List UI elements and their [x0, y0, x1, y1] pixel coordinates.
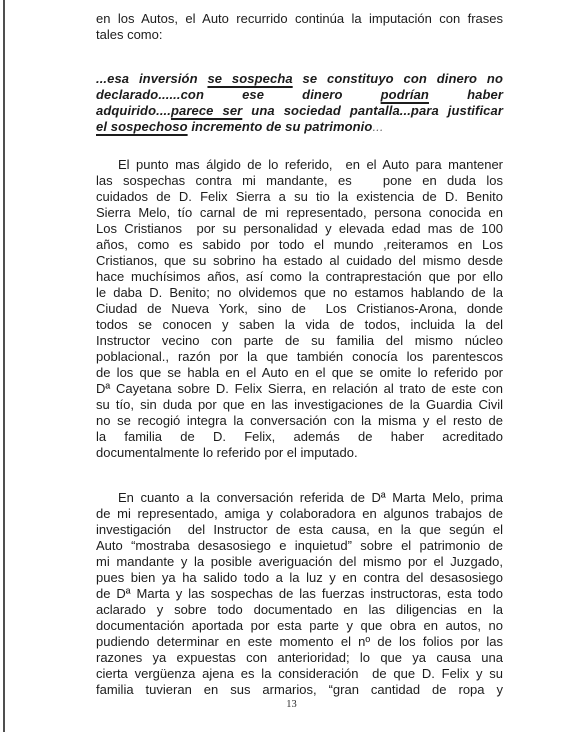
text-segment: cierta vergüenza ajena es la consideraci… — [96, 666, 503, 681]
text-segment: documentalmente lo referido por el imput… — [96, 445, 358, 460]
text-segment: adquirido.... — [96, 103, 171, 118]
underlined-text: podrían — [381, 87, 429, 102]
text-segment: cuidados de D. Felix Sierra a su tio la … — [96, 189, 503, 204]
text-line: Instructor vecino con parte de su famili… — [96, 333, 503, 349]
text-line: declarado......con ese dinero podrían ha… — [96, 87, 503, 103]
text-line: hace muchísimos años, así como la contra… — [96, 269, 503, 285]
text-line: de mi representado, amiga y colaboradora… — [96, 506, 503, 522]
text-line: Ciudad de Nueva York, sino de Los Cristi… — [96, 301, 503, 317]
text-line: Los Cristianos por su personalidad y ele… — [96, 221, 503, 237]
text-line: ...esa inversión se sospecha se constitu… — [96, 71, 503, 87]
paragraph-marta-melo: En cuanto a la conversación referida de … — [96, 490, 503, 698]
text-segment: Instructor vecino con parte de su famili… — [96, 333, 503, 348]
text-segment: aclarado y sobre todo documentado en las… — [96, 602, 503, 617]
text-line: Dª Cayetana sobre D. Felix Sierra, en re… — [96, 381, 503, 397]
text-line: el sospechoso incremento de su patrimoni… — [96, 119, 503, 135]
text-segment: incremento de su patrimonio — [188, 119, 373, 134]
text-segment: ...esa inversión — [96, 71, 207, 86]
text-line: poblacional., razón por la que también c… — [96, 349, 503, 365]
text-line: tales como: — [96, 27, 503, 43]
scan-edge-line — [3, 0, 5, 732]
text-segment: de Dª Marta y las sospechas de las fuerz… — [96, 586, 503, 601]
text-segment: hace muchísimos años, así como la contra… — [96, 269, 503, 284]
text-line: todos se conocen y saben la vida de todo… — [96, 317, 503, 333]
text-segment: su tío, sin duda por que en las investig… — [96, 397, 503, 412]
paragraph-intro: en los Autos, el Auto recurrido continúa… — [96, 11, 503, 43]
text-line: familia tuvieran en sus armarios, “gran … — [96, 682, 503, 698]
text-segment: todos se conocen y saben la vida de todo… — [96, 317, 503, 332]
scanned-document-page: en los Autos, el Auto recurrido continúa… — [0, 0, 583, 732]
text-line: de los que se habla en el Auto en el que… — [96, 365, 503, 381]
text-line: la familia de D. Felix, además de haber … — [96, 429, 503, 445]
text-segment: investigación del Instructor de esta cau… — [96, 522, 503, 537]
document-body: en los Autos, el Auto recurrido continúa… — [96, 11, 503, 698]
text-segment: documentación aportada por esta parte y … — [96, 618, 503, 633]
text-segment: Dª Cayetana sobre D. Felix Sierra, en re… — [96, 381, 503, 396]
text-segment: haber — [429, 87, 503, 102]
text-line: Cristianos, que su sobrino ha estado al … — [96, 253, 503, 269]
text-line: cierta vergüenza ajena es la consideraci… — [96, 666, 503, 682]
text-line: adquirido....parece ser una sociedad pan… — [96, 103, 503, 119]
text-line: aclarado y sobre todo documentado en las… — [96, 602, 503, 618]
text-segment: una sociedad pantalla...para justificar — [242, 103, 503, 118]
text-line: no se recogió integra la conversación co… — [96, 413, 503, 429]
text-segment: no se recogió integra la conversación co… — [96, 413, 503, 428]
text-segment: poblacional., razón por la que también c… — [96, 349, 503, 364]
text-line: Auto “mostraba desasosiego e inquietud” … — [96, 538, 503, 554]
text-line: investigación del Instructor de esta cau… — [96, 522, 503, 538]
text-segment: Los Cristianos por su personalidad y ele… — [96, 221, 503, 236]
underlined-text: parece ser — [171, 103, 242, 118]
text-line: El punto mas álgido de lo referido, en e… — [96, 157, 503, 173]
text-segment: En cuanto a la conversación referida de … — [118, 490, 503, 505]
text-line: razones ya expuestas con anterioridad; l… — [96, 650, 503, 666]
text-segment: declarado......con ese dinero — [96, 87, 381, 102]
text-line: documentación aportada por esta parte y … — [96, 618, 503, 634]
text-segment: las sospechas contra mi mandante, es pon… — [96, 173, 503, 188]
text-line: las sospechas contra mi mandante, es pon… — [96, 173, 503, 189]
text-line: mi mandante y la posible averiguación de… — [96, 554, 503, 570]
text-segment: razones ya expuestas con anterioridad; l… — [96, 650, 503, 665]
text-segment: le daba D. Benito; no olvidemos que no e… — [96, 285, 503, 300]
text-segment: Cristianos, que su sobrino ha estado al … — [96, 253, 503, 268]
text-line: cuidados de D. Felix Sierra a su tio la … — [96, 189, 503, 205]
text-line: en los Autos, el Auto recurrido continúa… — [96, 11, 503, 27]
text-segment: años, como es sabido por todo el mundo ,… — [96, 237, 503, 252]
text-line: pues bien ya ha salido todo a la luz y e… — [96, 570, 503, 586]
text-segment: pudiendo determinar en este momento el n… — [96, 634, 503, 649]
paragraph-quoted-excerpt: ...esa inversión se sospecha se constitu… — [96, 71, 503, 135]
paragraph-main-argument: El punto mas álgido de lo referido, en e… — [96, 157, 503, 461]
text-line: documentalmente lo referido por el imput… — [96, 445, 503, 461]
underlined-text: se sospecha — [207, 71, 292, 86]
text-segment: tales como: — [96, 27, 162, 42]
text-segment: familia tuvieran en sus armarios, “gran … — [96, 682, 503, 697]
text-line: Sierra Melo, tío carnal de mi representa… — [96, 205, 503, 221]
text-segment: se constituyo con dinero no — [293, 71, 503, 86]
text-segment: la familia de D. Felix, además de haber … — [96, 429, 503, 444]
text-line: su tío, sin duda por que en las investig… — [96, 397, 503, 413]
text-segment: en los Autos, el Auto recurrido continúa… — [96, 11, 503, 26]
text-line: En cuanto a la conversación referida de … — [96, 490, 503, 506]
text-segment: Auto “mostraba desasosiego e inquietud” … — [96, 538, 503, 553]
text-segment: Ciudad de Nueva York, sino de Los Cristi… — [96, 301, 503, 316]
text-line: años, como es sabido por todo el mundo ,… — [96, 237, 503, 253]
page-number: 13 — [0, 699, 583, 710]
text-segment: pues bien ya ha salido todo a la luz y e… — [96, 570, 503, 585]
text-line: pudiendo determinar en este momento el n… — [96, 634, 503, 650]
text-segment: de los que se habla en el Auto en el que… — [96, 365, 503, 380]
text-segment: mi mandante y la posible averiguación de… — [96, 554, 503, 569]
text-segment: El punto mas álgido de lo referido, en e… — [118, 157, 503, 172]
text-segment: de mi representado, amiga y colaboradora… — [96, 506, 503, 521]
text-line: le daba D. Benito; no olvidemos que no e… — [96, 285, 503, 301]
text-line: de Dª Marta y las sospechas de las fuerz… — [96, 586, 503, 602]
text-segment: ... — [372, 119, 383, 134]
underlined-text: el sospechoso — [96, 119, 188, 134]
text-segment: Sierra Melo, tío carnal de mi representa… — [96, 205, 503, 220]
